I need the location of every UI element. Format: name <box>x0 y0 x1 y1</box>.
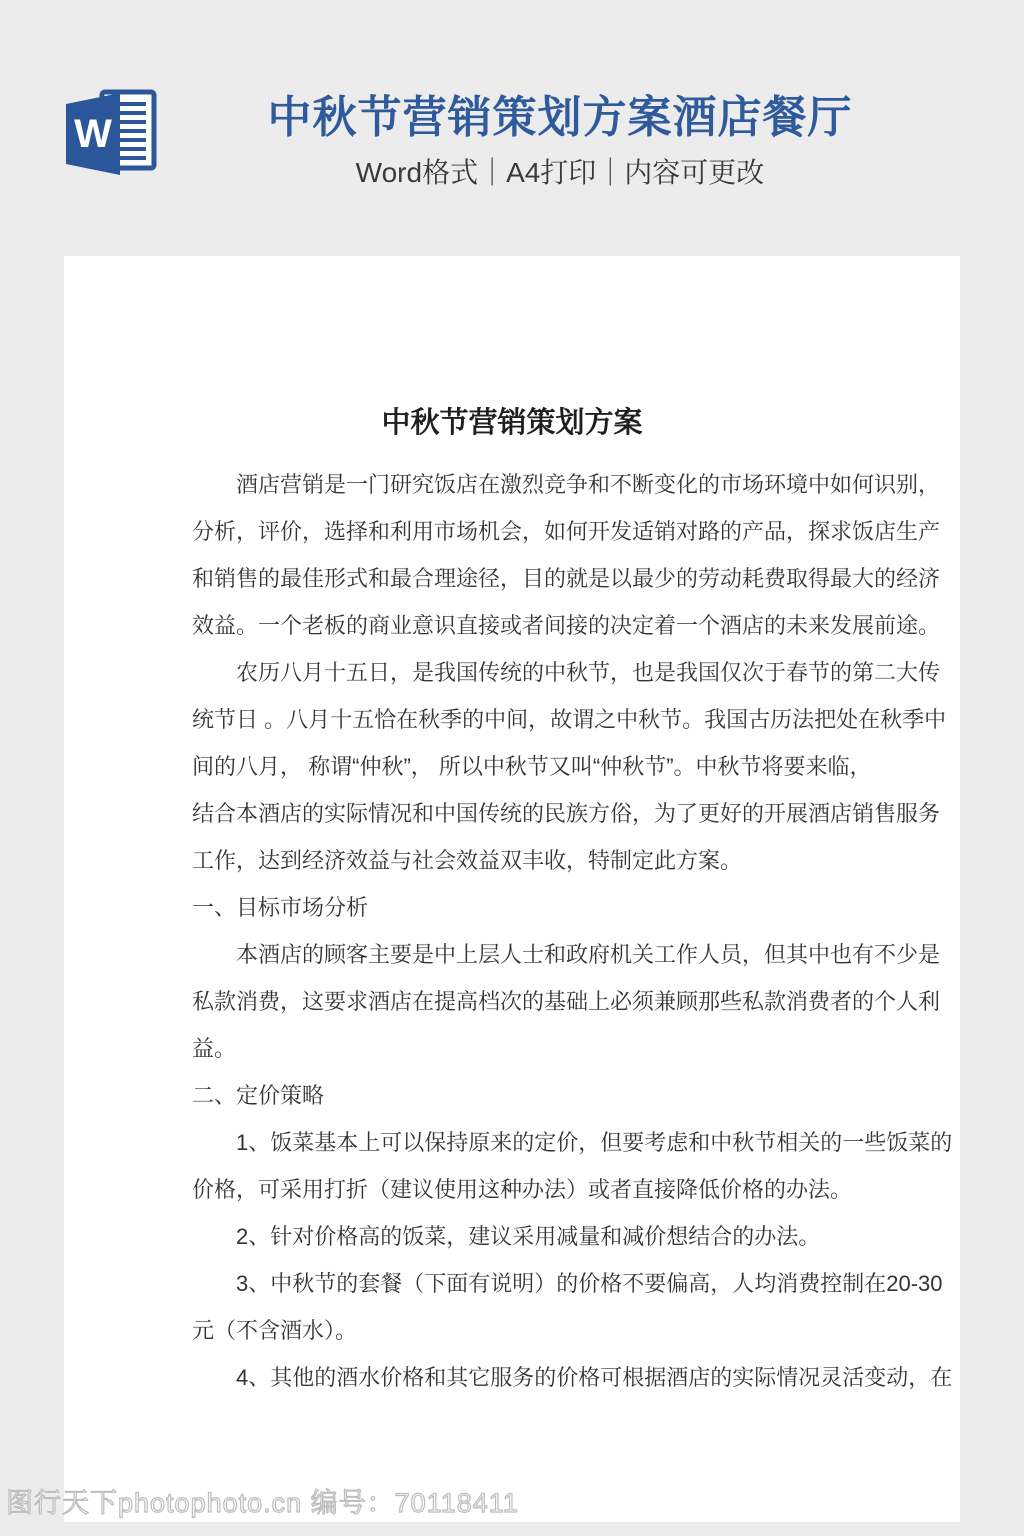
document-line: 私款消费，这要求酒店在提高档次的基础上必须兼顾那些私款消费者的个人利 <box>192 978 832 1025</box>
document-line: 1、饭菜基本上可以保持原来的定价，但要考虑和中秋节相关的一些饭菜的 <box>192 1119 832 1166</box>
site-watermark: 图行天下photophoto.cn 编号：70118411 <box>6 1486 519 1520</box>
template-title: 中秋节营销策划方案酒店餐厅 <box>160 92 960 144</box>
document-line: 2、针对价格高的饭菜，建议采用减量和减价想结合的办法。 <box>192 1213 832 1260</box>
document-heading-1: 一、目标市场分析 <box>192 884 832 931</box>
document-page: 中秋节营销策划方案 酒店营销是一门研究饭店在激烈竞争和不断变化的市场环境中如何识… <box>64 256 960 1522</box>
document-line: 和销售的最佳形式和最合理途径，目的就是以最少的劳动耗费取得最大的经济 <box>192 555 832 602</box>
template-preview-screen: W 中秋节营销策划方案酒店餐厅 Word格式｜A4打印｜内容可更改 中秋节营销策… <box>0 0 1024 1536</box>
word-icon: W <box>56 84 162 184</box>
document-line: 间的八月， 称谓“仲秋”， 所以中秋节又叫“仲秋节”。中秋节将要来临， <box>192 743 832 790</box>
document-body: 酒店营销是一门研究饭店在激烈竞争和不断变化的市场环境中如何识别， 分析，评价，选… <box>192 461 832 1401</box>
document-line: 效益。一个老板的商业意识直接或者间接的决定着一个酒店的未来发展前途。 <box>192 602 832 649</box>
document-heading-2: 二、定价策略 <box>192 1072 832 1119</box>
word-icon-letter: W <box>74 112 112 156</box>
document-line: 价格，可采用打折（建议使用这种办法）或者直接降低价格的办法。 <box>192 1166 832 1213</box>
document-line: 元（不含酒水）。 <box>192 1307 832 1354</box>
document-line: 酒店营销是一门研究饭店在激烈竞争和不断变化的市场环境中如何识别， <box>192 461 832 508</box>
watermark-text: 图行天下photophoto.cn 编号：70118411 <box>6 1488 519 1518</box>
document-line: 4、其他的酒水价格和其它服务的价格可根据酒店的实际情况灵活变动，在 <box>192 1354 832 1401</box>
template-subtitle: Word格式｜A4打印｜内容可更改 <box>160 156 960 190</box>
document-line: 结合本酒店的实际情况和中国传统的民族方俗，为了更好的开展酒店销售服务 <box>192 790 832 837</box>
document-line: 益。 <box>192 1025 832 1072</box>
document-line: 3、中秋节的套餐（下面有说明）的价格不要偏高，人均消费控制在20-30 <box>192 1260 832 1307</box>
document-title: 中秋节营销策划方案 <box>192 403 832 443</box>
document-line: 分析，评价，选择和利用市场机会，如何开发适销对路的产品，探求饭店生产 <box>192 508 832 555</box>
document-line: 工作，达到经济效益与社会效益双丰收，特制定此方案。 <box>192 837 832 884</box>
document-line: 统节日 。八月十五恰在秋季的中间，故谓之中秋节。我国古历法把处在秋季中 <box>192 696 832 743</box>
word-icon-graphic: W <box>56 84 162 184</box>
document-line: 本酒店的顾客主要是中上层人士和政府机关工作人员，但其中也有不少是 <box>192 931 832 978</box>
header-text: 中秋节营销策划方案酒店餐厅 Word格式｜A4打印｜内容可更改 <box>160 92 960 190</box>
document-line: 农历八月十五日，是我国传统的中秋节，也是我国仅次于春节的第二大传 <box>192 649 832 696</box>
